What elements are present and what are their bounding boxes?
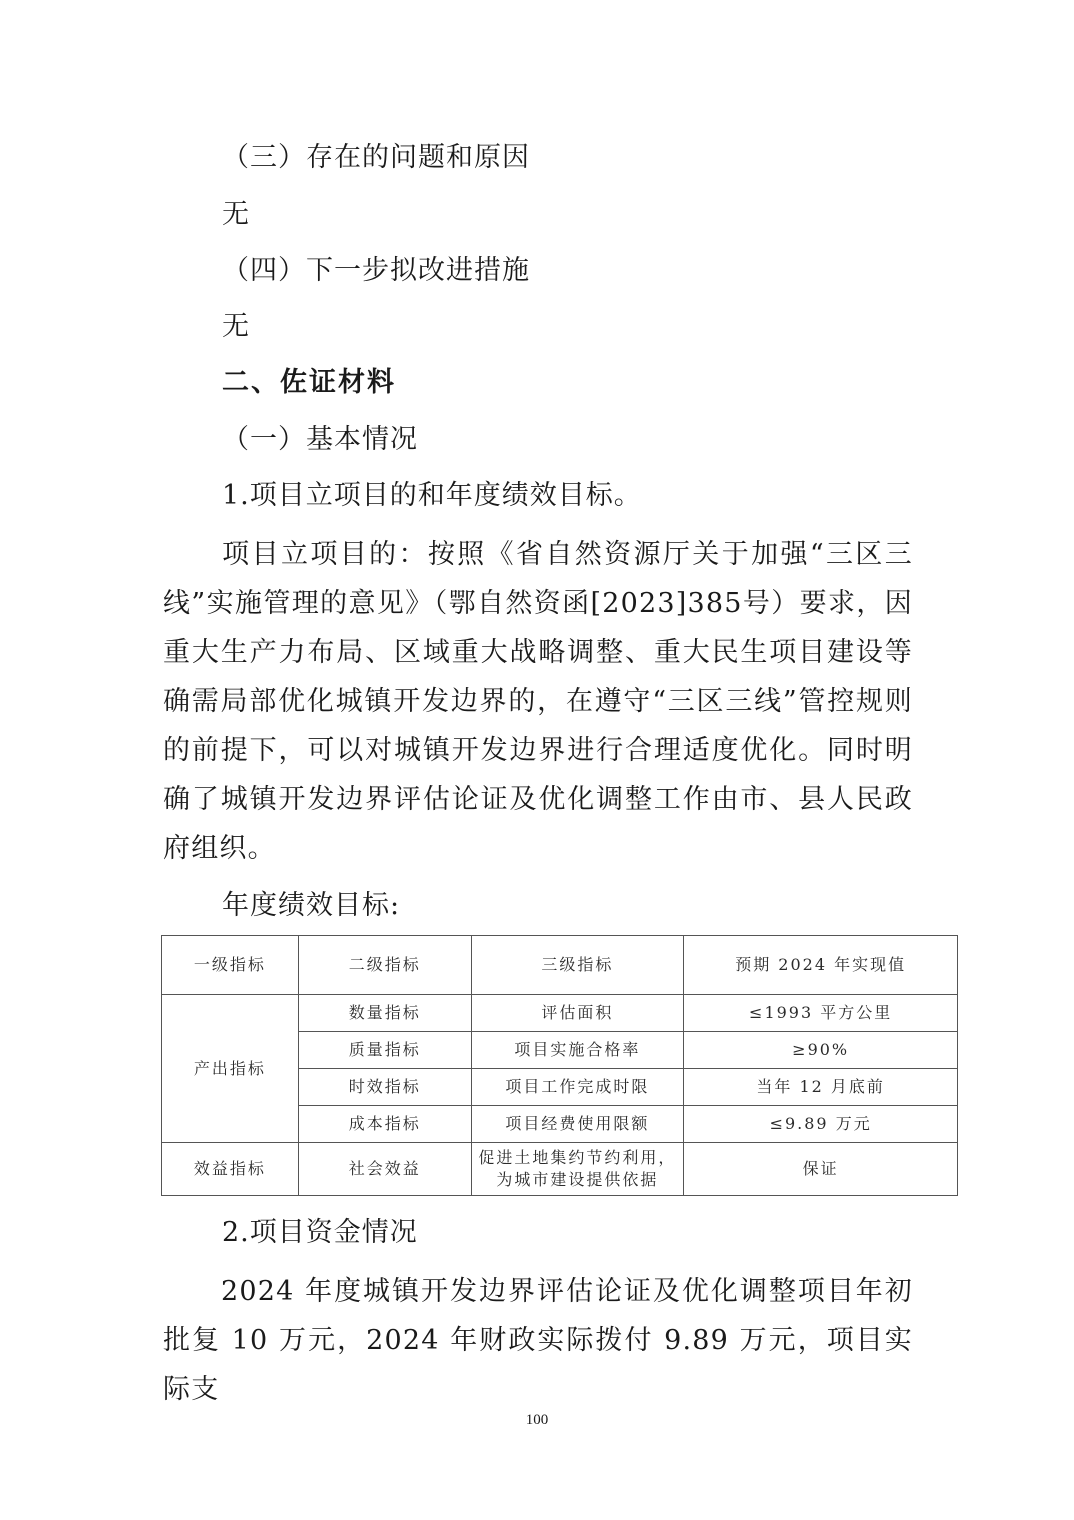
purpose-paragraph: 项目立项目的：按照《省自然资源厅关于加强“三区三线”实施管理的意见》（鄂自然资函…	[163, 530, 913, 873]
purpose-paragraph-text: 项目立项目的：按照《省自然资源厅关于加强“三区三线”实施管理的意见》（鄂自然资函…	[163, 539, 913, 864]
funding-paragraph-text: 2024 年度城镇开发边界评估论证及优化调整项目年初批复 10 万元，2024 …	[163, 1276, 913, 1405]
level2-cell: 数量指标	[298, 995, 471, 1032]
subsection-1-heading: （一）基本情况	[222, 424, 418, 456]
value-cell: ≥90%	[684, 1032, 958, 1069]
part-2-heading: 二、佐证材料	[222, 367, 396, 399]
section-3-heading: （三）存在的问题和原因	[222, 142, 530, 174]
table-row: 产出指标 数量指标 评估面积 ≤1993 平方公里	[162, 995, 958, 1032]
level2-cell: 时效指标	[298, 1069, 471, 1106]
section-4-body: 无	[222, 311, 250, 343]
level3-line-2: 为城市建设提供依据	[476, 1169, 680, 1191]
header-level2: 二级指标	[298, 936, 471, 995]
value-cell: 当年 12 月底前	[684, 1069, 958, 1106]
table-header-row: 一级指标 二级指标 三级指标 预期 2024 年实现值	[162, 936, 958, 995]
header-level3: 三级指标	[471, 936, 684, 995]
section-3-body: 无	[222, 199, 250, 231]
level1-output: 产出指标	[162, 995, 299, 1143]
item-1-heading: 1.项目立项目的和年度绩效目标。	[222, 480, 642, 512]
section-4-heading: （四）下一步拟改进措施	[222, 255, 530, 287]
value-cell: 保证	[684, 1143, 958, 1196]
page-number: 100	[0, 1412, 1074, 1429]
header-level1: 一级指标	[162, 936, 299, 995]
value-cell: ≤1993 平方公里	[684, 995, 958, 1032]
level1-benefit: 效益指标	[162, 1143, 299, 1196]
level3-line-1: 促进土地集约节约利用，	[476, 1147, 680, 1169]
value-cell: ≤9.89 万元	[684, 1106, 958, 1143]
level3-cell: 评估面积	[471, 995, 684, 1032]
level2-cell: 成本指标	[298, 1106, 471, 1143]
level2-cell: 质量指标	[298, 1032, 471, 1069]
level3-cell: 促进土地集约节约利用， 为城市建设提供依据	[471, 1143, 684, 1196]
table-row: 效益指标 社会效益 促进土地集约节约利用， 为城市建设提供依据 保证	[162, 1143, 958, 1196]
annual-goal-label: 年度绩效目标:	[222, 890, 400, 922]
performance-goals-table: 一级指标 二级指标 三级指标 预期 2024 年实现值 产出指标 数量指标 评估…	[161, 935, 958, 1196]
level3-cell: 项目工作完成时限	[471, 1069, 684, 1106]
level3-cell: 项目经费使用限额	[471, 1106, 684, 1143]
header-expected-value: 预期 2024 年实现值	[684, 936, 958, 995]
level3-cell: 项目实施合格率	[471, 1032, 684, 1069]
funding-paragraph: 2024 年度城镇开发边界评估论证及优化调整项目年初批复 10 万元，2024 …	[163, 1267, 913, 1414]
item-2-heading: 2.项目资金情况	[222, 1217, 418, 1249]
level2-cell: 社会效益	[298, 1143, 471, 1196]
